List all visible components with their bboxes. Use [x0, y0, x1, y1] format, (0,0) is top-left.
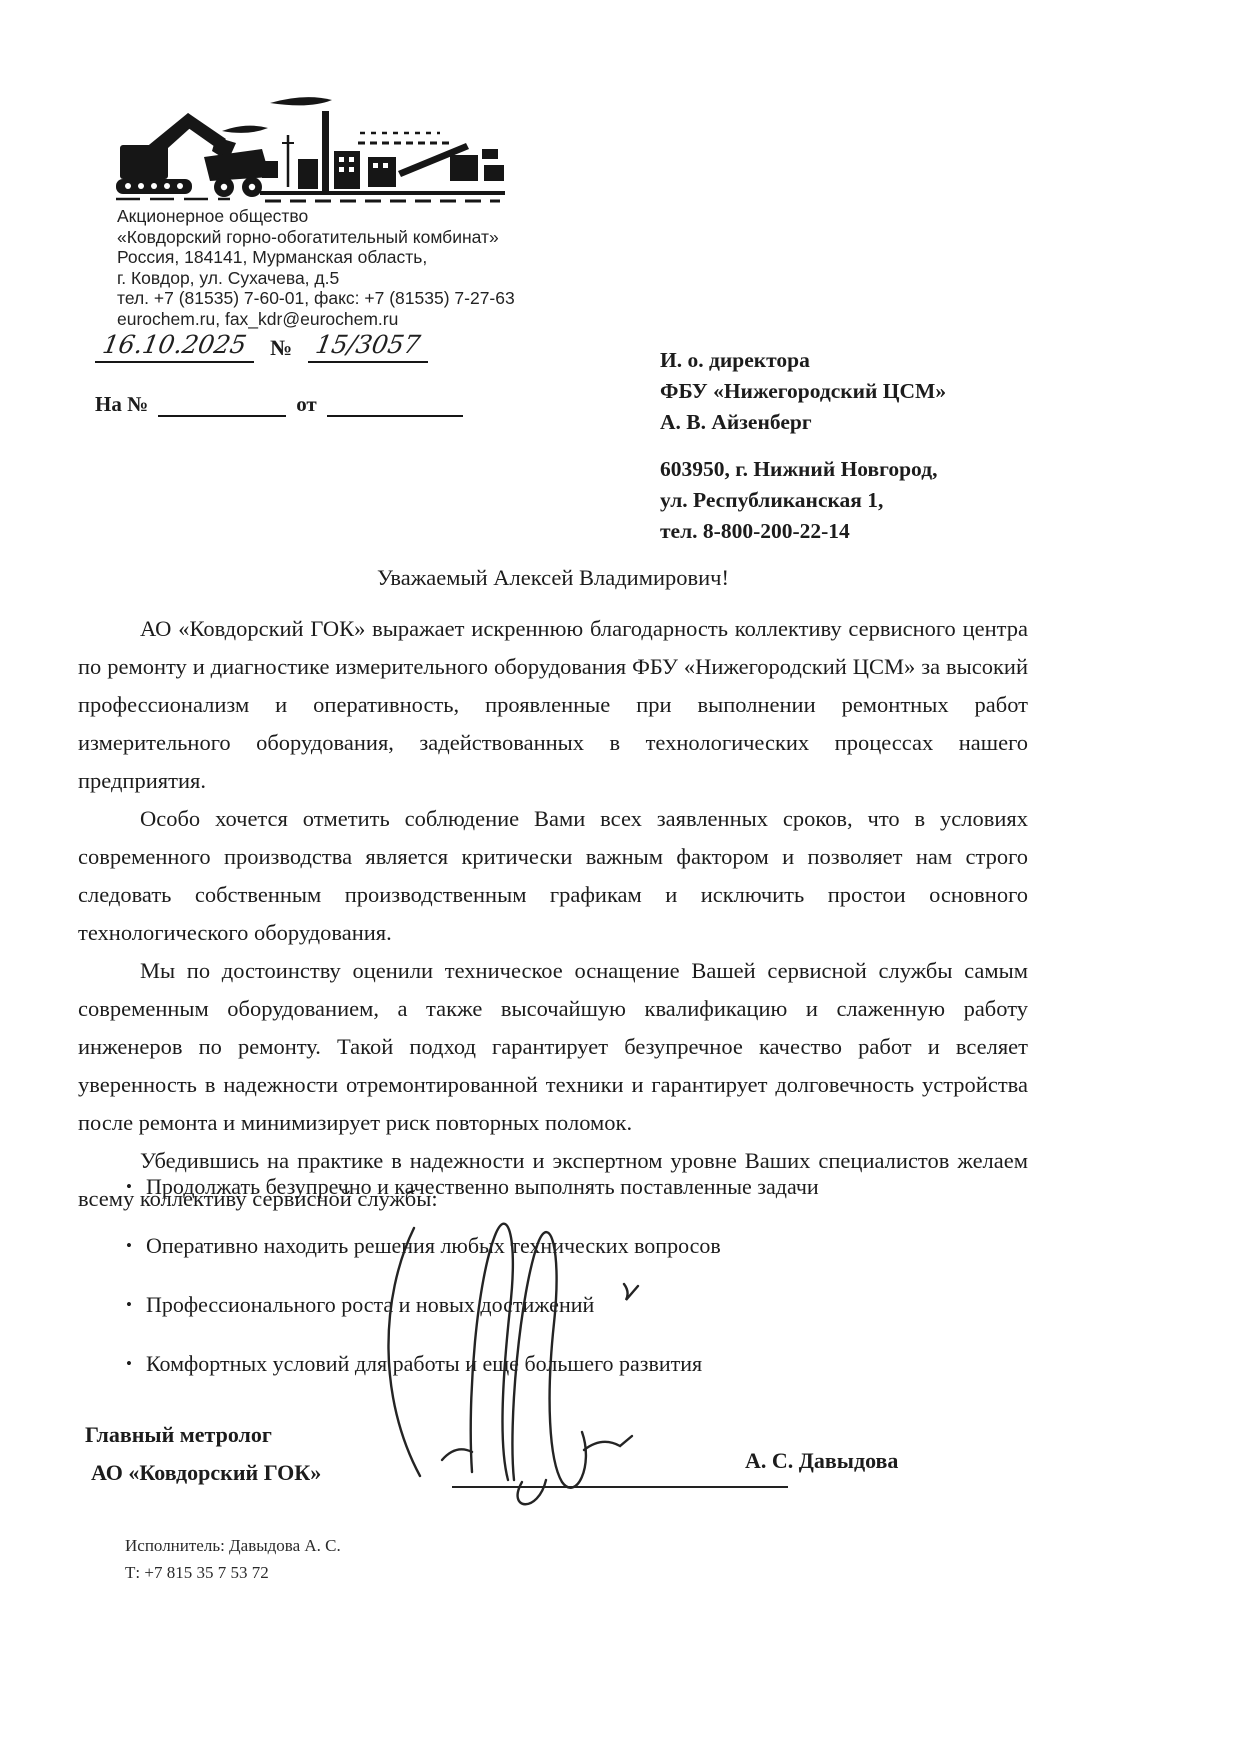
reply-date-blank: [327, 395, 463, 417]
letterhead-text-block: Акционерное общество «Ковдорский горно-о…: [117, 206, 515, 329]
letter-body: АО «Ковдорский ГОК» выражает искреннюю б…: [78, 610, 1028, 1218]
body-paragraph: АО «Ковдорский ГОК» выражает искреннюю б…: [78, 610, 1028, 800]
outgoing-reference-row: 16.10.2025 № 15/3057: [95, 330, 428, 363]
handwritten-signature-icon: [372, 1198, 672, 1518]
recipient-address-line2: ул. Республиканская 1,: [660, 485, 946, 516]
executor-name: Исполнитель: Давыдова А. С.: [125, 1532, 341, 1559]
industrial-plant-logo-icon: [110, 90, 510, 212]
bullet-dot-icon: •: [126, 1172, 132, 1202]
reply-reference-row: На № от: [95, 392, 463, 417]
signature-line: [452, 1486, 788, 1488]
signer-company: АО «Ковдорский ГОК»: [85, 1454, 321, 1492]
body-paragraph: Мы по достоинству оценили техническое ос…: [78, 952, 1028, 1142]
salutation: Уважаемый Алексей Владимирович!: [78, 565, 1028, 591]
signer-name: А. С. Давыдова: [745, 1448, 898, 1474]
reply-number-blank: [158, 395, 286, 417]
bullet-dot-icon: •: [126, 1349, 132, 1379]
company-address-line1: Россия, 184141, Мурманская область,: [117, 247, 515, 268]
recipient-name: А. В. Айзенберг: [660, 407, 946, 438]
recipient-phone: тел. 8-800-200-22-14: [660, 516, 946, 547]
recipient-block: И. о. директора ФБУ «Нижегородский ЦСМ» …: [660, 345, 946, 547]
scanned-letter-page: Акционерное общество «Ковдорский горно-о…: [0, 0, 1241, 1755]
body-paragraph: Особо хочется отметить соблюдение Вами в…: [78, 800, 1028, 952]
handwritten-number: 15/3057: [314, 330, 423, 359]
outgoing-number-field: 15/3057: [308, 330, 428, 363]
handwritten-date: 16.10.2025: [100, 330, 248, 359]
recipient-address-line1: 603950, г. Нижний Новгород,: [660, 454, 946, 485]
reply-from-label: от: [296, 392, 317, 417]
company-phone-fax: тел. +7 (81535) 7-60-01, факс: +7 (81535…: [117, 288, 515, 309]
number-sign-label: №: [270, 335, 292, 363]
recipient-organization: ФБУ «Нижегородский ЦСМ»: [660, 376, 946, 407]
company-logo-illustration: [110, 90, 510, 212]
company-type: Акционерное общество: [117, 206, 515, 227]
outgoing-date-field: 16.10.2025: [95, 330, 254, 363]
signer-title-block: Главный метролог АО «Ковдорский ГОК»: [85, 1416, 321, 1492]
company-name: «Ковдорский горно-обогатительный комбина…: [117, 227, 515, 248]
executor-phone: Т: +7 815 35 7 53 72: [125, 1559, 341, 1586]
bullet-dot-icon: •: [126, 1290, 132, 1320]
recipient-position: И. о. директора: [660, 345, 946, 376]
bullet-dot-icon: •: [126, 1231, 132, 1261]
company-web-email: eurochem.ru, fax_kdr@eurochem.ru: [117, 309, 515, 330]
signer-position: Главный метролог: [85, 1416, 321, 1454]
recipient-gap: [660, 438, 946, 454]
reply-prefix-label: На №: [95, 392, 148, 417]
company-address-line2: г. Ковдор, ул. Сухачева, д.5: [117, 268, 515, 289]
executor-block: Исполнитель: Давыдова А. С. Т: +7 815 35…: [125, 1532, 341, 1586]
